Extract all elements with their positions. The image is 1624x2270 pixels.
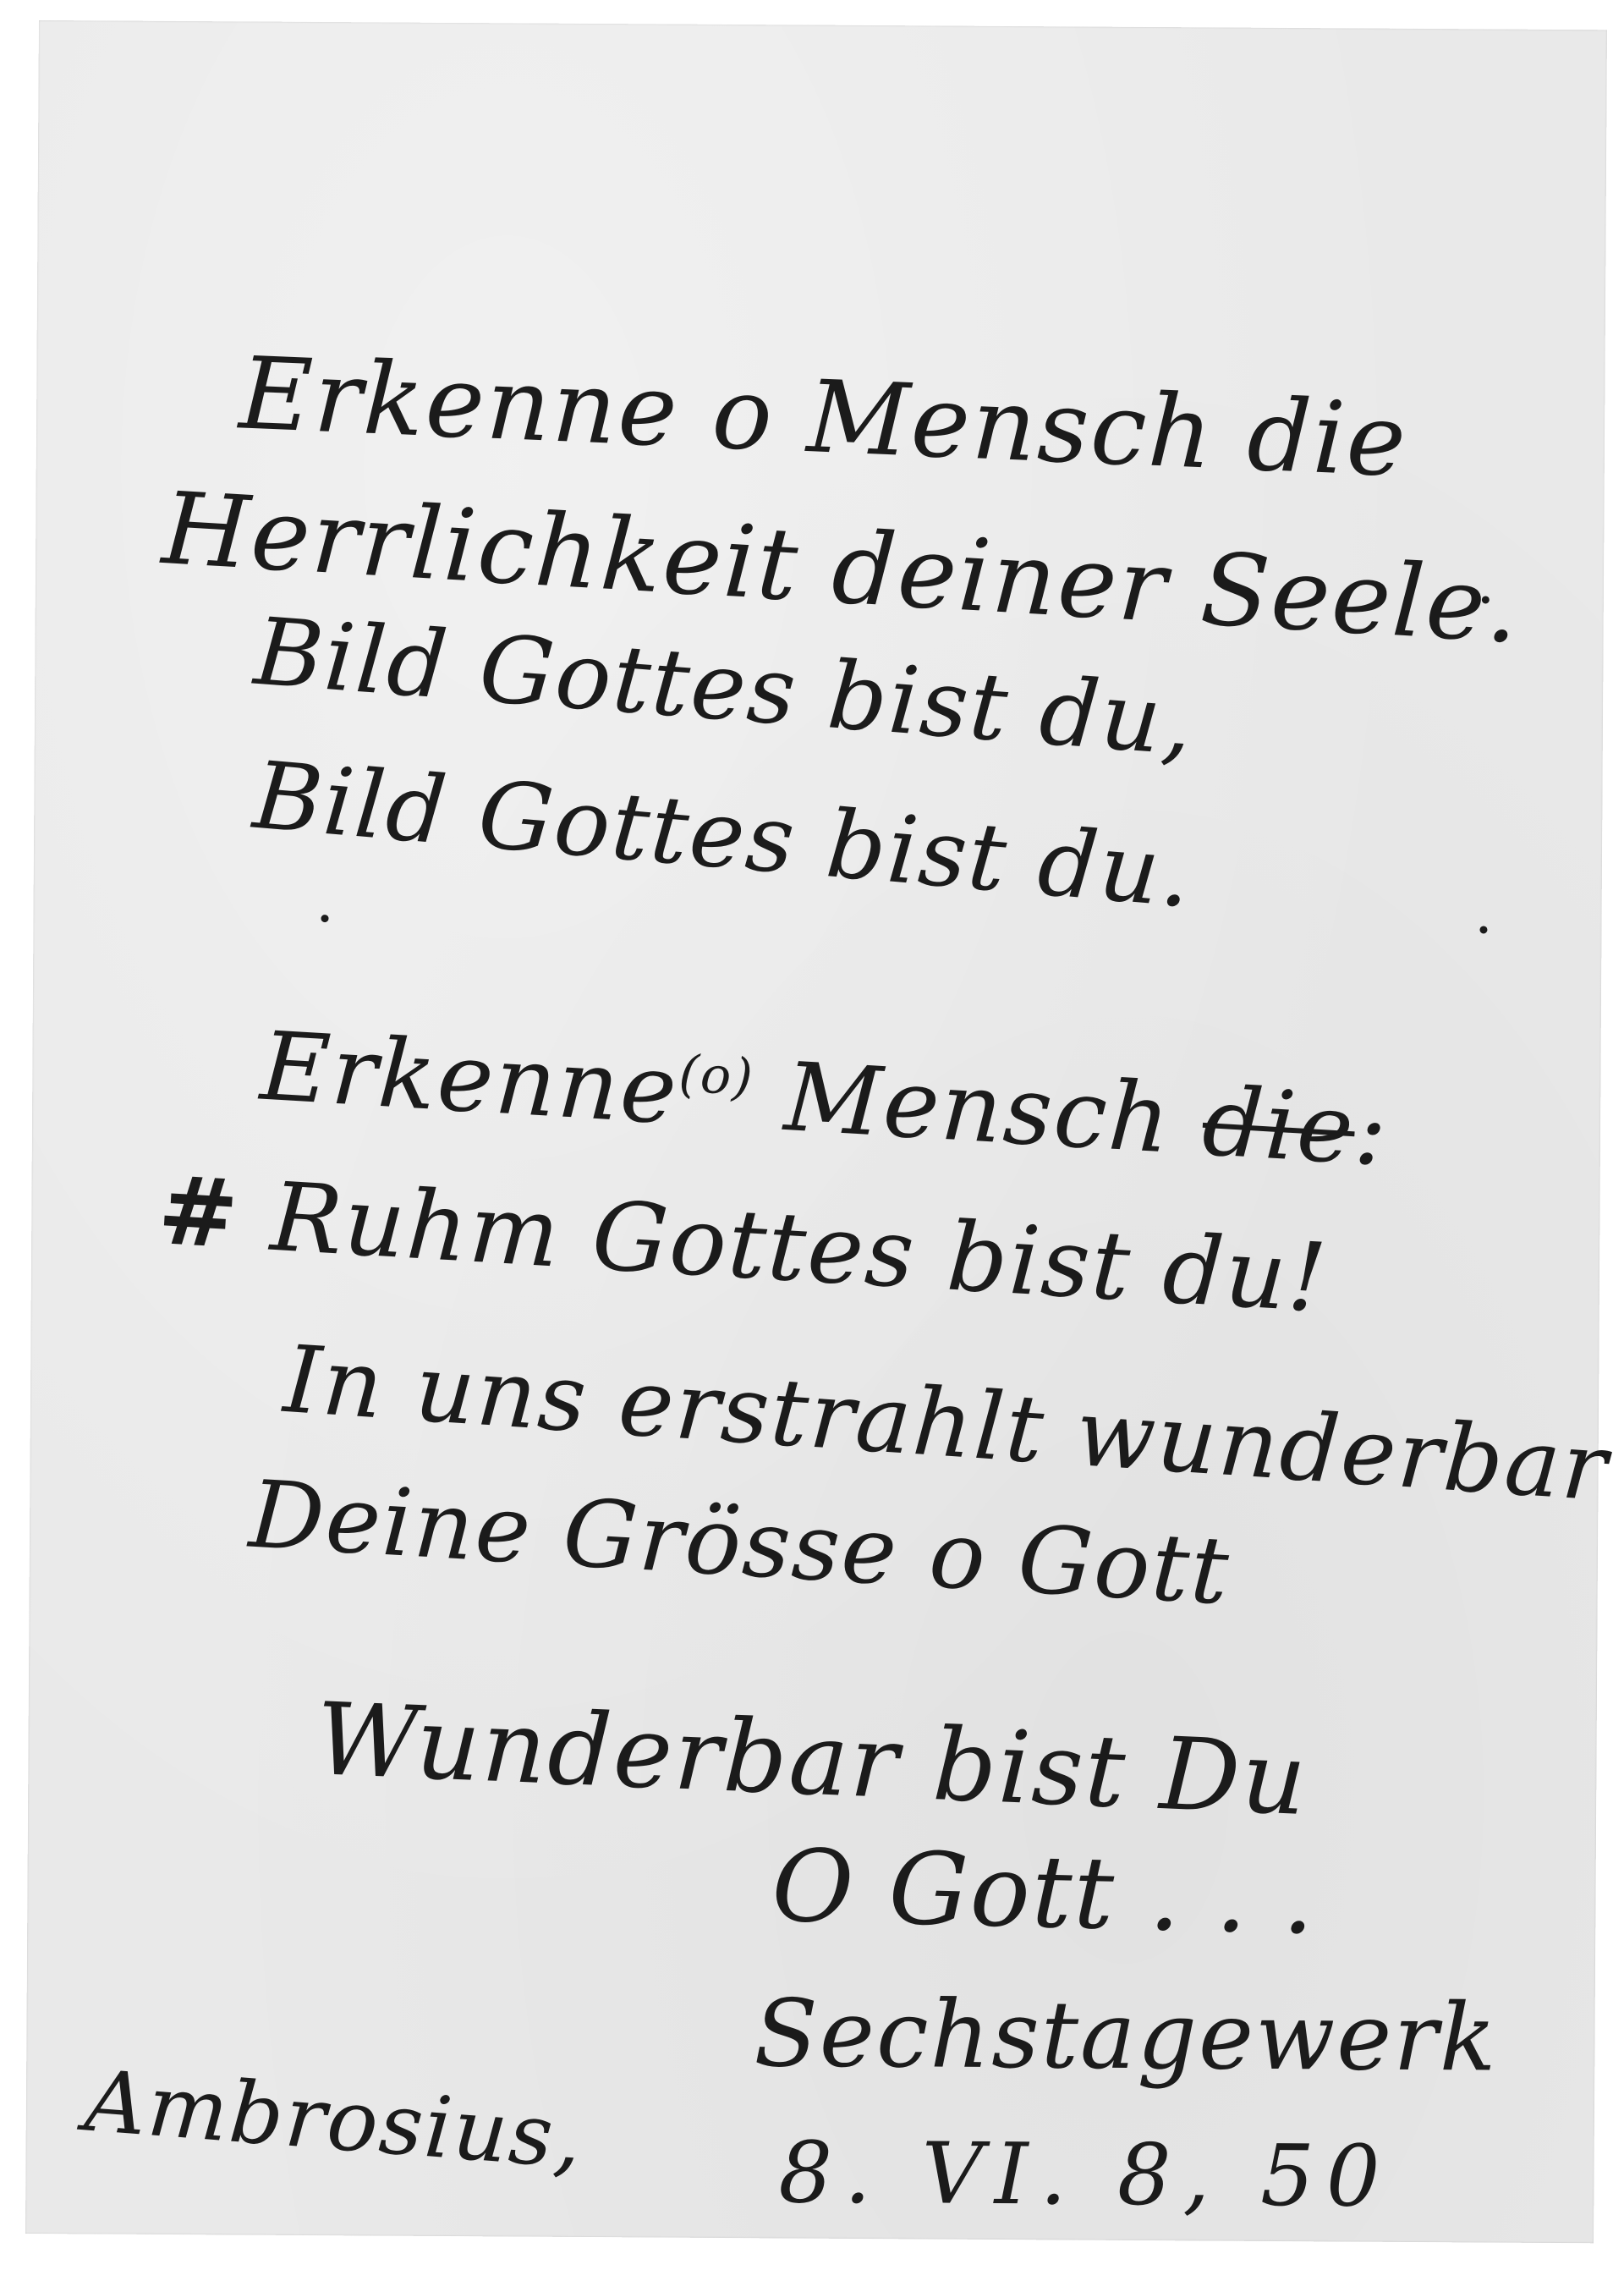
colon-mark: :	[1352, 1075, 1391, 1187]
signature-author: Sechstagewerk	[754, 1979, 1498, 2091]
stanza1-line4: Bild Gottes bist du.	[250, 741, 1197, 929]
stanza2-line1: Erkenne(o) Mensch die:	[258, 1012, 1391, 1188]
stanza2-word-mensch: Mensch	[782, 1042, 1174, 1175]
punctuation-dot	[321, 915, 328, 922]
punctuation-dot	[1482, 596, 1490, 603]
stanza3-line2: O Gott . . .	[771, 1827, 1318, 1956]
stanza1-line1: Erkenne o Mensch die	[237, 335, 1409, 500]
punctuation-dot	[1479, 926, 1487, 933]
scanned-page: Erkenne o Mensch die Herrlichkeit deiner…	[0, 0, 1624, 2270]
paper-sheet: Erkenne o Mensch die Herrlichkeit deiner…	[25, 20, 1607, 2243]
stanza2-word-erkenne: Erkenne	[258, 1012, 682, 1146]
hash-mark-icon: #	[156, 1155, 243, 1270]
insertion-correction: (o)	[678, 1044, 756, 1108]
signature-place: Ambrosius,	[82, 2052, 587, 2188]
signature-date: 8. VI. 8, 50	[778, 2123, 1392, 2225]
stanza2-line2-text: Ruhm Gottes bist du!	[268, 1162, 1331, 1334]
stanza3-line1: Wunderbar bist Du	[314, 1680, 1310, 1838]
struck-word: die	[1199, 1067, 1358, 1185]
stanza2-line2: # Ruhm Gottes bist du!	[156, 1155, 1331, 1334]
